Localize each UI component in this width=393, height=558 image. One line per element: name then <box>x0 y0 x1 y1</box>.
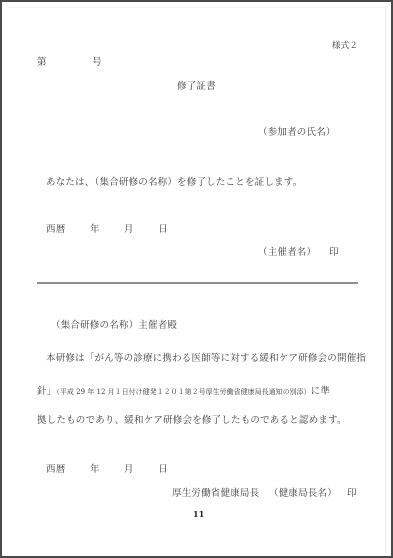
certificate-title: 修了証書 <box>177 81 216 93</box>
date-era: 西暦 <box>46 464 65 475</box>
body-line-2-end: に準 <box>311 386 330 397</box>
issue-date-upper: 西暦 年 月 日 <box>46 224 168 236</box>
date-day: 日 <box>158 464 168 475</box>
participant-name-placeholder: （参加者の氏名） <box>258 127 336 139</box>
body-line-2: 針」（平成 29 年 12 月１日付け健発１２０１第２号厚生労働省健康局長通知の… <box>37 386 330 398</box>
issuer-name-placeholder: （健康局長名） <box>269 488 337 500</box>
body-line-1: 本研修は「がん等の診療に携わる医師等に対する緩和ケア研修会の開催指 <box>46 353 366 365</box>
date-year: 年 <box>90 464 100 475</box>
date-day: 日 <box>158 224 168 235</box>
issue-date-lower: 西暦 年 月 日 <box>46 464 168 476</box>
date-month: 月 <box>124 224 134 235</box>
page-number: 11 <box>193 508 205 520</box>
issuer-seal: 印 <box>347 488 357 500</box>
separator-line <box>37 282 358 284</box>
issuer-title: 厚生労働省健康局長 <box>172 488 259 500</box>
document-page: 様式２ 第 号 修了証書 （参加者の氏名） あなたは、（集合研修の名称）を修了し… <box>0 0 393 558</box>
notice-reference: （平成 29 年 12 月１日付け健発１２０１第２号厚生労働省健康局長通知の別添… <box>56 388 310 396</box>
body-line-3: 拠したものであり、緩和ケア研修会を修了したものであると認めます。 <box>37 415 347 427</box>
date-era: 西暦 <box>46 224 65 235</box>
number-prefix: 第 <box>37 57 47 69</box>
date-year: 年 <box>90 224 100 235</box>
addressee: （集合研修の名称）主催者殿 <box>51 320 177 332</box>
organizer-seal: 印 <box>329 247 339 259</box>
form-label: 様式２ <box>332 40 358 52</box>
date-month: 月 <box>124 464 134 475</box>
organizer-name-placeholder: （主催者名） <box>258 247 316 259</box>
certify-statement: あなたは、（集合研修の名称）を修了したことを証します。 <box>46 177 302 189</box>
body-line-2-start: 針」 <box>37 386 56 397</box>
number-suffix: 号 <box>92 57 102 69</box>
